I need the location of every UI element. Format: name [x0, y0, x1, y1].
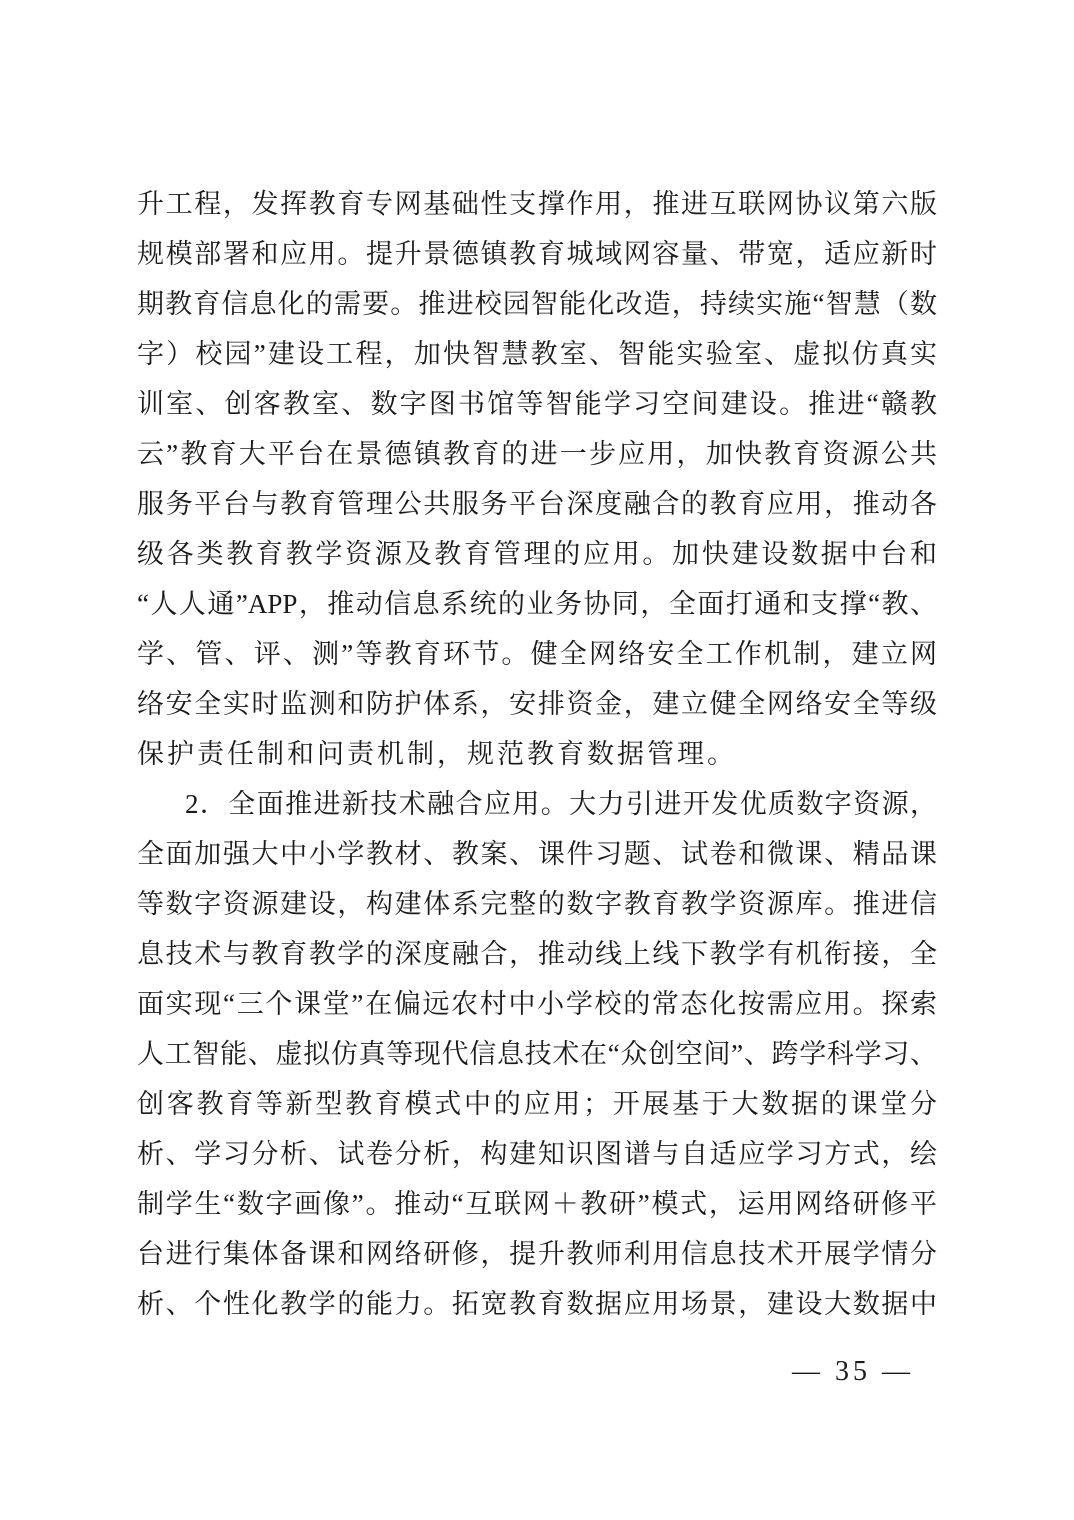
- text-line: 期教育信息化的需要。推进校园智能化改造，持续实施“智慧（数: [137, 279, 937, 329]
- text-line: 2．全面推进新技术融合应用。大力引进开发优质数字资源，: [137, 779, 937, 829]
- paragraph: 升工程，发挥教育专网基础性支撑作用，推进互联网协议第六版规模部署和应用。提升景德…: [137, 179, 937, 779]
- text-line: 析、个性化教学的能力。拓宽教育数据应用场景，建设大数据中: [137, 1279, 937, 1329]
- text-line: 络安全实时监测和防护体系，安排资金，建立健全网络安全等级: [137, 679, 937, 729]
- text-line: 创客教育等新型教育模式中的应用；开展基于大数据的课堂分: [137, 1079, 937, 1129]
- text-line: 升工程，发挥教育专网基础性支撑作用，推进互联网协议第六版: [137, 179, 937, 229]
- text-line: 制学生“数字画像”。推动“互联网＋教研”模式，运用网络研修平: [137, 1179, 937, 1229]
- text-block: 升工程，发挥教育专网基础性支撑作用，推进互联网协议第六版规模部署和应用。提升景德…: [137, 179, 937, 1329]
- text-line: 息技术与教育教学的深度融合，推动线上线下教学有机衔接，全: [137, 929, 937, 979]
- text-line: 字）校园”建设工程，加快智慧教室、智能实验室、虚拟仿真实: [137, 329, 937, 379]
- text-line: 训室、创客教室、数字图书馆等智能学习空间建设。推进“赣教: [137, 379, 937, 429]
- text-line: 人工智能、虚拟仿真等现代信息技术在“众创空间”、跨学科学习、: [137, 1029, 937, 1079]
- text-line: 析、学习分析、试卷分析，构建知识图谱与自适应学习方式，绘: [137, 1129, 937, 1179]
- text-line: 级各类教育教学资源及教育管理的应用。加快建设数据中台和: [137, 529, 937, 579]
- page-number: — 35 —: [792, 1352, 914, 1392]
- document-page: 升工程，发挥教育专网基础性支撑作用，推进互联网协议第六版规模部署和应用。提升景德…: [0, 0, 1074, 1520]
- text-line: 服务平台与教育管理公共服务平台深度融合的教育应用，推动各: [137, 479, 937, 529]
- text-line: 台进行集体备课和网络研修，提升教师利用信息技术开展学情分: [137, 1229, 937, 1279]
- text-line: 等数字资源建设，构建体系完整的数字教育教学资源库。推进信: [137, 879, 937, 929]
- text-line: 规模部署和应用。提升景德镇教育城域网容量、带宽，适应新时: [137, 229, 937, 279]
- text-line: 云”教育大平台在景德镇教育的进一步应用，加快教育资源公共: [137, 429, 937, 479]
- text-line: 全面加强大中小学教材、教案、课件习题、试卷和微课、精品课: [137, 829, 937, 879]
- text-line: “人人通”APP，推动信息系统的业务协同，全面打通和支撑“教、: [137, 579, 937, 629]
- text-line: 面实现“三个课堂”在偏远农村中小学校的常态化按需应用。探索: [137, 979, 937, 1029]
- paragraph: 2．全面推进新技术融合应用。大力引进开发优质数字资源，全面加强大中小学教材、教案…: [137, 779, 937, 1329]
- text-line: 学、管、评、测”等教育环节。健全网络安全工作机制，建立网: [137, 629, 937, 679]
- text-line: 保护责任制和问责机制，规范教育数据管理。: [137, 729, 937, 779]
